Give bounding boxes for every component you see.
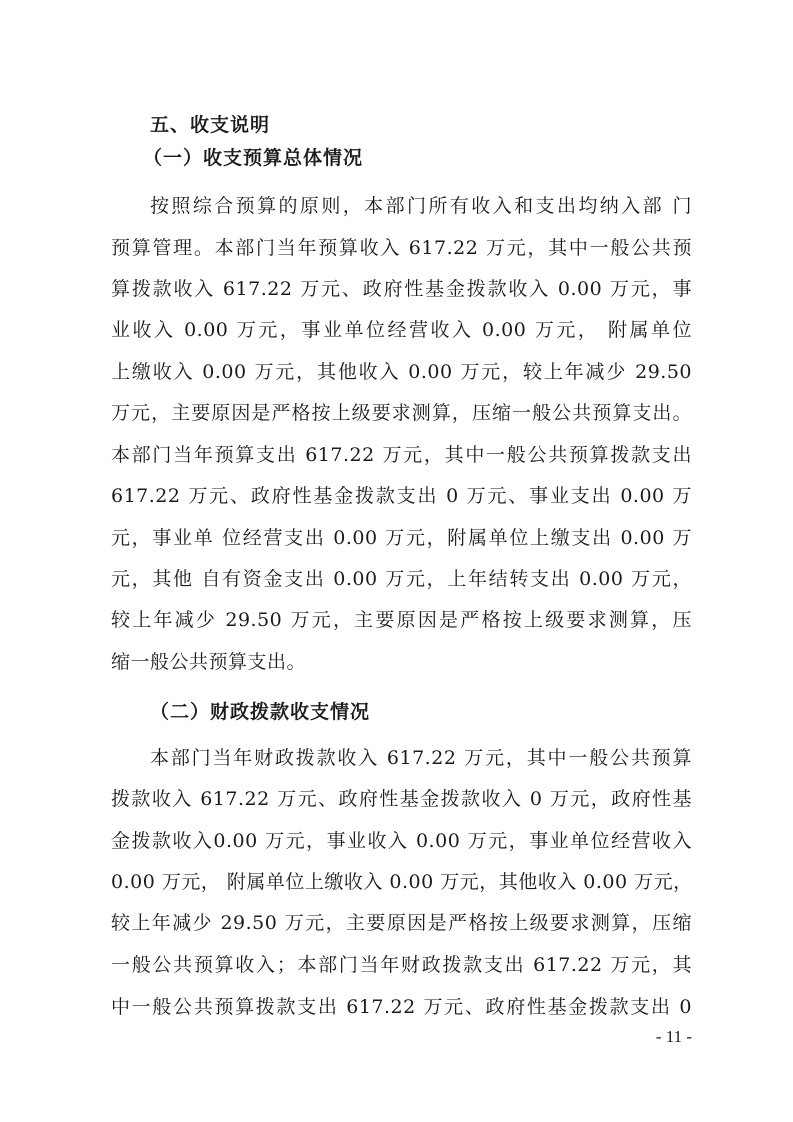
subsection-title-2: （二）财政拨款收支情况 xyxy=(150,697,370,724)
text-line: 元，事业单 位经营支出 0.00 万元，附属单位上缴支出 0.00 万 xyxy=(111,526,692,550)
text-line: 上缴收入 0.00 万元，其他收入 0.00 万元，较上年减少 29.50 xyxy=(111,360,692,384)
text-line: 算拨款收入 617.22 万元、政府性基金拨款收入 0.00 万元，事 xyxy=(111,277,692,301)
text-line: 0.00 万元， 附属单位上缴收入 0.00 万元，其他收入 0.00 万元， xyxy=(111,870,692,894)
text-line: 元，其他 自有资金支出 0.00 万元，上年结转支出 0.00 万元， xyxy=(111,567,692,591)
text-line: 预算管理。本部门当年预算收入 617.22 万元，其中一般公共预 xyxy=(111,236,692,260)
text-line: 617.22 万元、政府性基金拨款支出 0 万元、事业支出 0.00 万 xyxy=(111,484,692,508)
text-line: 按照综合预算的原则，本部门所有收入和支出均纳入部 门 xyxy=(150,194,692,218)
subsection-title-1: （一）收支预算总体情况 xyxy=(143,143,363,170)
text-line: 业收入 0.00 万元，事业单位经营收入 0.00 万元， 附属单位 xyxy=(111,318,692,342)
text-line: 本部门当年财政拨款收入 617.22 万元，其中一般公共预算 xyxy=(150,746,692,770)
text-line: 中一般公共预算拨款支出 617.22 万元、政府性基金拨款支出 0 xyxy=(111,995,692,1019)
text-line: 缩一般公共预算支出。 xyxy=(111,650,692,674)
text-line: 本部门当年预算支出 617.22 万元，其中一般公共预算拨款支出 xyxy=(111,443,692,467)
page-number: - 11 - xyxy=(656,1027,692,1047)
text-line: 一般公共预算收入；本部门当年财政拨款支出 617.22 万元，其 xyxy=(111,953,692,977)
text-line: 较上年减少 29.50 万元，主要原因是严格按上级要求测算，压 xyxy=(111,608,692,632)
text-line: 较上年减少 29.50 万元，主要原因是严格按上级要求测算，压缩 xyxy=(111,911,692,935)
text-line: 万元，主要原因是严格按上级要求测算，压缩一般公共预算支出。 xyxy=(111,401,692,425)
text-line: 金拨款收入0.00 万元，事业收入 0.00 万元，事业单位经营收入 xyxy=(111,829,692,853)
section-title: 五、收支说明 xyxy=(150,110,270,137)
text-line: 拨款收入 617.22 万元、政府性基金拨款收入 0 万元，政府性基 xyxy=(111,787,692,811)
